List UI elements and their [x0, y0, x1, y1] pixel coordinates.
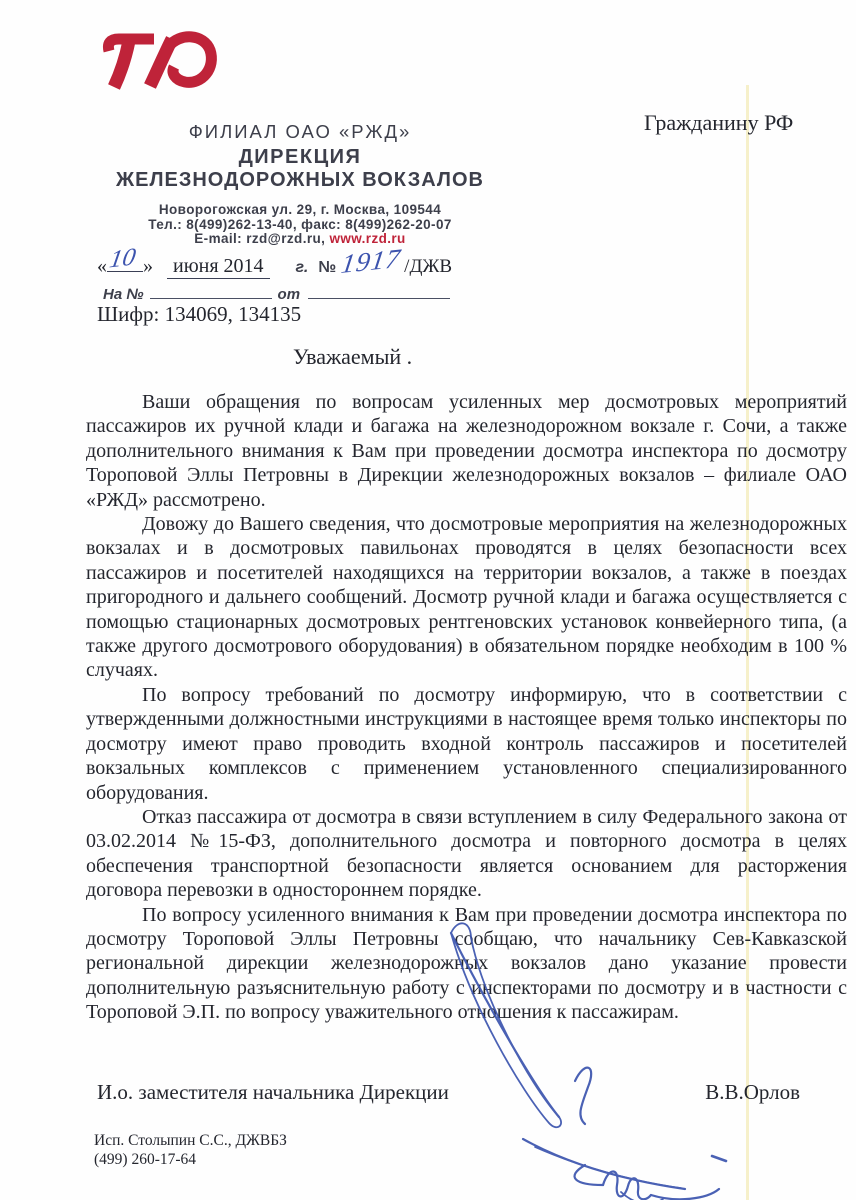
org-address: Новорогожская ул. 29, г. Москва, 109544 — [100, 203, 500, 218]
incoming-date-blank — [308, 285, 450, 299]
incoming-number-blank — [150, 285, 272, 299]
executor-name: Исп. Столыпин С.С., ДЖВБЗ — [94, 1131, 287, 1150]
incoming-reference-row: На №от — [103, 285, 450, 303]
body-paragraph: По вопросу усиленного внимания к Вам при… — [86, 903, 847, 1025]
scanned-letter-page: ФИЛИАЛ ОАО «РЖД» ДИРЕКЦИЯ ЖЕЛЕЗНОДОРОЖНЫ… — [0, 0, 856, 1200]
org-phone: Тел.: 8(499)262-13-40, факс: 8(499)262-2… — [100, 218, 500, 233]
org-name-line1: ФИЛИАЛ ОАО «РЖД» — [100, 121, 500, 143]
month-year: июня 2014 — [167, 255, 270, 279]
from-label: от — [278, 286, 301, 303]
handwritten-number: 1917 — [339, 243, 403, 280]
number-sign: № — [318, 259, 336, 276]
handwritten-day: 10 — [107, 244, 137, 275]
salutation: Уважаемый . — [293, 344, 412, 370]
org-email: E-mail: rzd@rzd.ru, — [194, 231, 329, 246]
body-paragraph: Довожу до Вашего сведения, что досмотров… — [86, 512, 847, 683]
day-blank: 10 — [107, 249, 143, 272]
year-label: г. — [296, 259, 309, 276]
close-quote: » — [143, 255, 153, 277]
letter-body: Ваши обращения по вопросам усиленных мер… — [86, 390, 847, 1025]
org-name-line3: ЖЕЛЕЗНОДОРОЖНЫХ ВОКЗАЛОВ — [100, 169, 500, 192]
cipher-line: Шифр: 134069, 134135 — [97, 302, 301, 327]
body-paragraph: По вопросу требований по досмотру информ… — [86, 683, 847, 805]
signature-row: И.о. заместителя начальника Дирекции В.В… — [97, 1080, 800, 1105]
reference-row: «10»июня 2014г.№1917/ДЖВ — [97, 248, 452, 279]
open-quote: « — [97, 255, 107, 277]
on-number-label: На № — [103, 286, 144, 303]
number-suffix: /ДЖВ — [404, 256, 452, 277]
executor-block: Исп. Столыпин С.С., ДЖВБЗ (499) 260-17-6… — [94, 1131, 287, 1169]
body-paragraph: Отказ пассажира от досмотра в связи всту… — [86, 805, 847, 903]
executor-phone: (499) 260-17-64 — [94, 1150, 287, 1169]
org-email-line: E-mail: rzd@rzd.ru, www.rzd.ru — [100, 232, 500, 247]
signer-position: И.о. заместителя начальника Дирекции — [97, 1080, 449, 1105]
letterhead: ФИЛИАЛ ОАО «РЖД» ДИРЕКЦИЯ ЖЕЛЕЗНОДОРОЖНЫ… — [100, 121, 500, 247]
signer-name: В.В.Орлов — [705, 1080, 800, 1105]
recipient: Гражданину РФ — [644, 110, 793, 136]
rzd-logo-icon — [98, 24, 226, 98]
org-name-line2: ДИРЕКЦИЯ — [100, 146, 500, 169]
body-paragraph: Ваши обращения по вопросам усиленных мер… — [86, 390, 847, 512]
